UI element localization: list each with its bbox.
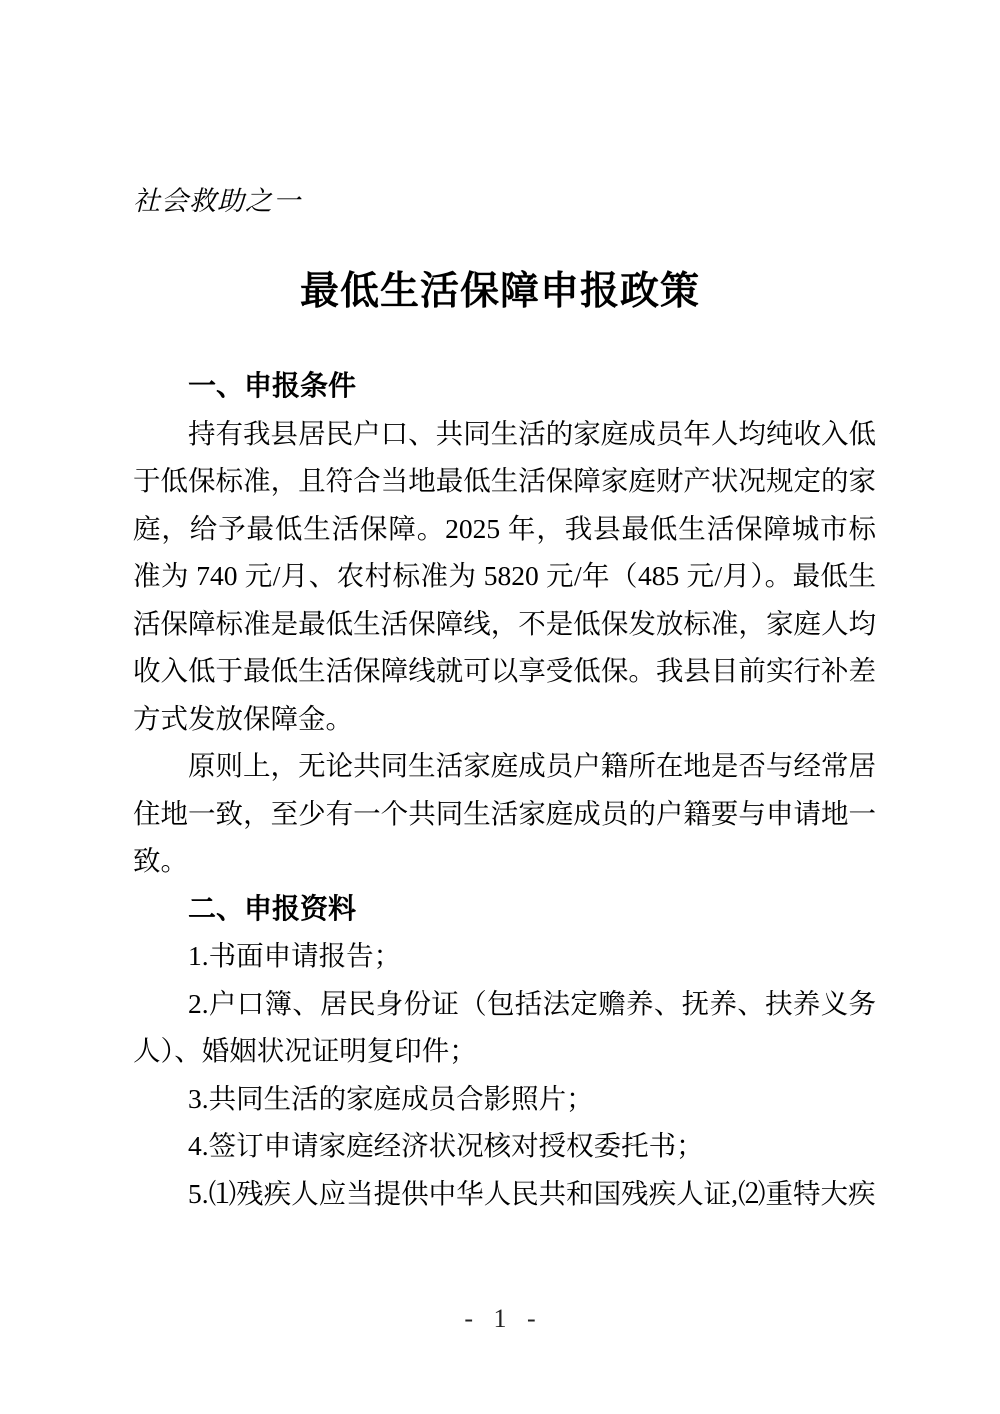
list-item-2: 2.户口簿、居民身份证（包括法定赡养、抚养、扶养义务人）、婚姻状况证明复印件； [133, 980, 876, 1075]
document-page: 社会救助之一 最低生活保障申报政策 一、申报条件 持有我县居民户口、共同生活的家… [0, 0, 1000, 1414]
document-body: 一、申报条件 持有我县居民户口、共同生活的家庭成员年人均纯收入低于低保标准，且符… [133, 362, 876, 1217]
series-note: 社会救助之一 [133, 186, 1000, 216]
page-number: - 1 - [0, 1303, 1000, 1335]
paragraph-conditions-1: 持有我县居民户口、共同生活的家庭成员年人均纯收入低于低保标准，且符合当地最低生活… [133, 410, 876, 743]
document-title: 最低生活保障申报政策 [0, 268, 1000, 316]
list-item-5: 5.⑴残疾人应当提供中华人民共和国残疾人证,⑵重特大疾 [133, 1170, 876, 1218]
list-item-4: 4.签订申请家庭经济状况核对授权委托书； [133, 1122, 876, 1170]
paragraph-conditions-2: 原则上，无论共同生活家庭成员户籍所在地是否与经常居住地一致，至少有一个共同生活家… [133, 742, 876, 885]
list-item-1: 1.书面申请报告； [133, 932, 876, 980]
section-heading-application-materials: 二、申报资料 [133, 885, 876, 933]
list-item-3: 3.共同生活的家庭成员合影照片； [133, 1075, 876, 1123]
section-heading-application-conditions: 一、申报条件 [133, 362, 876, 410]
